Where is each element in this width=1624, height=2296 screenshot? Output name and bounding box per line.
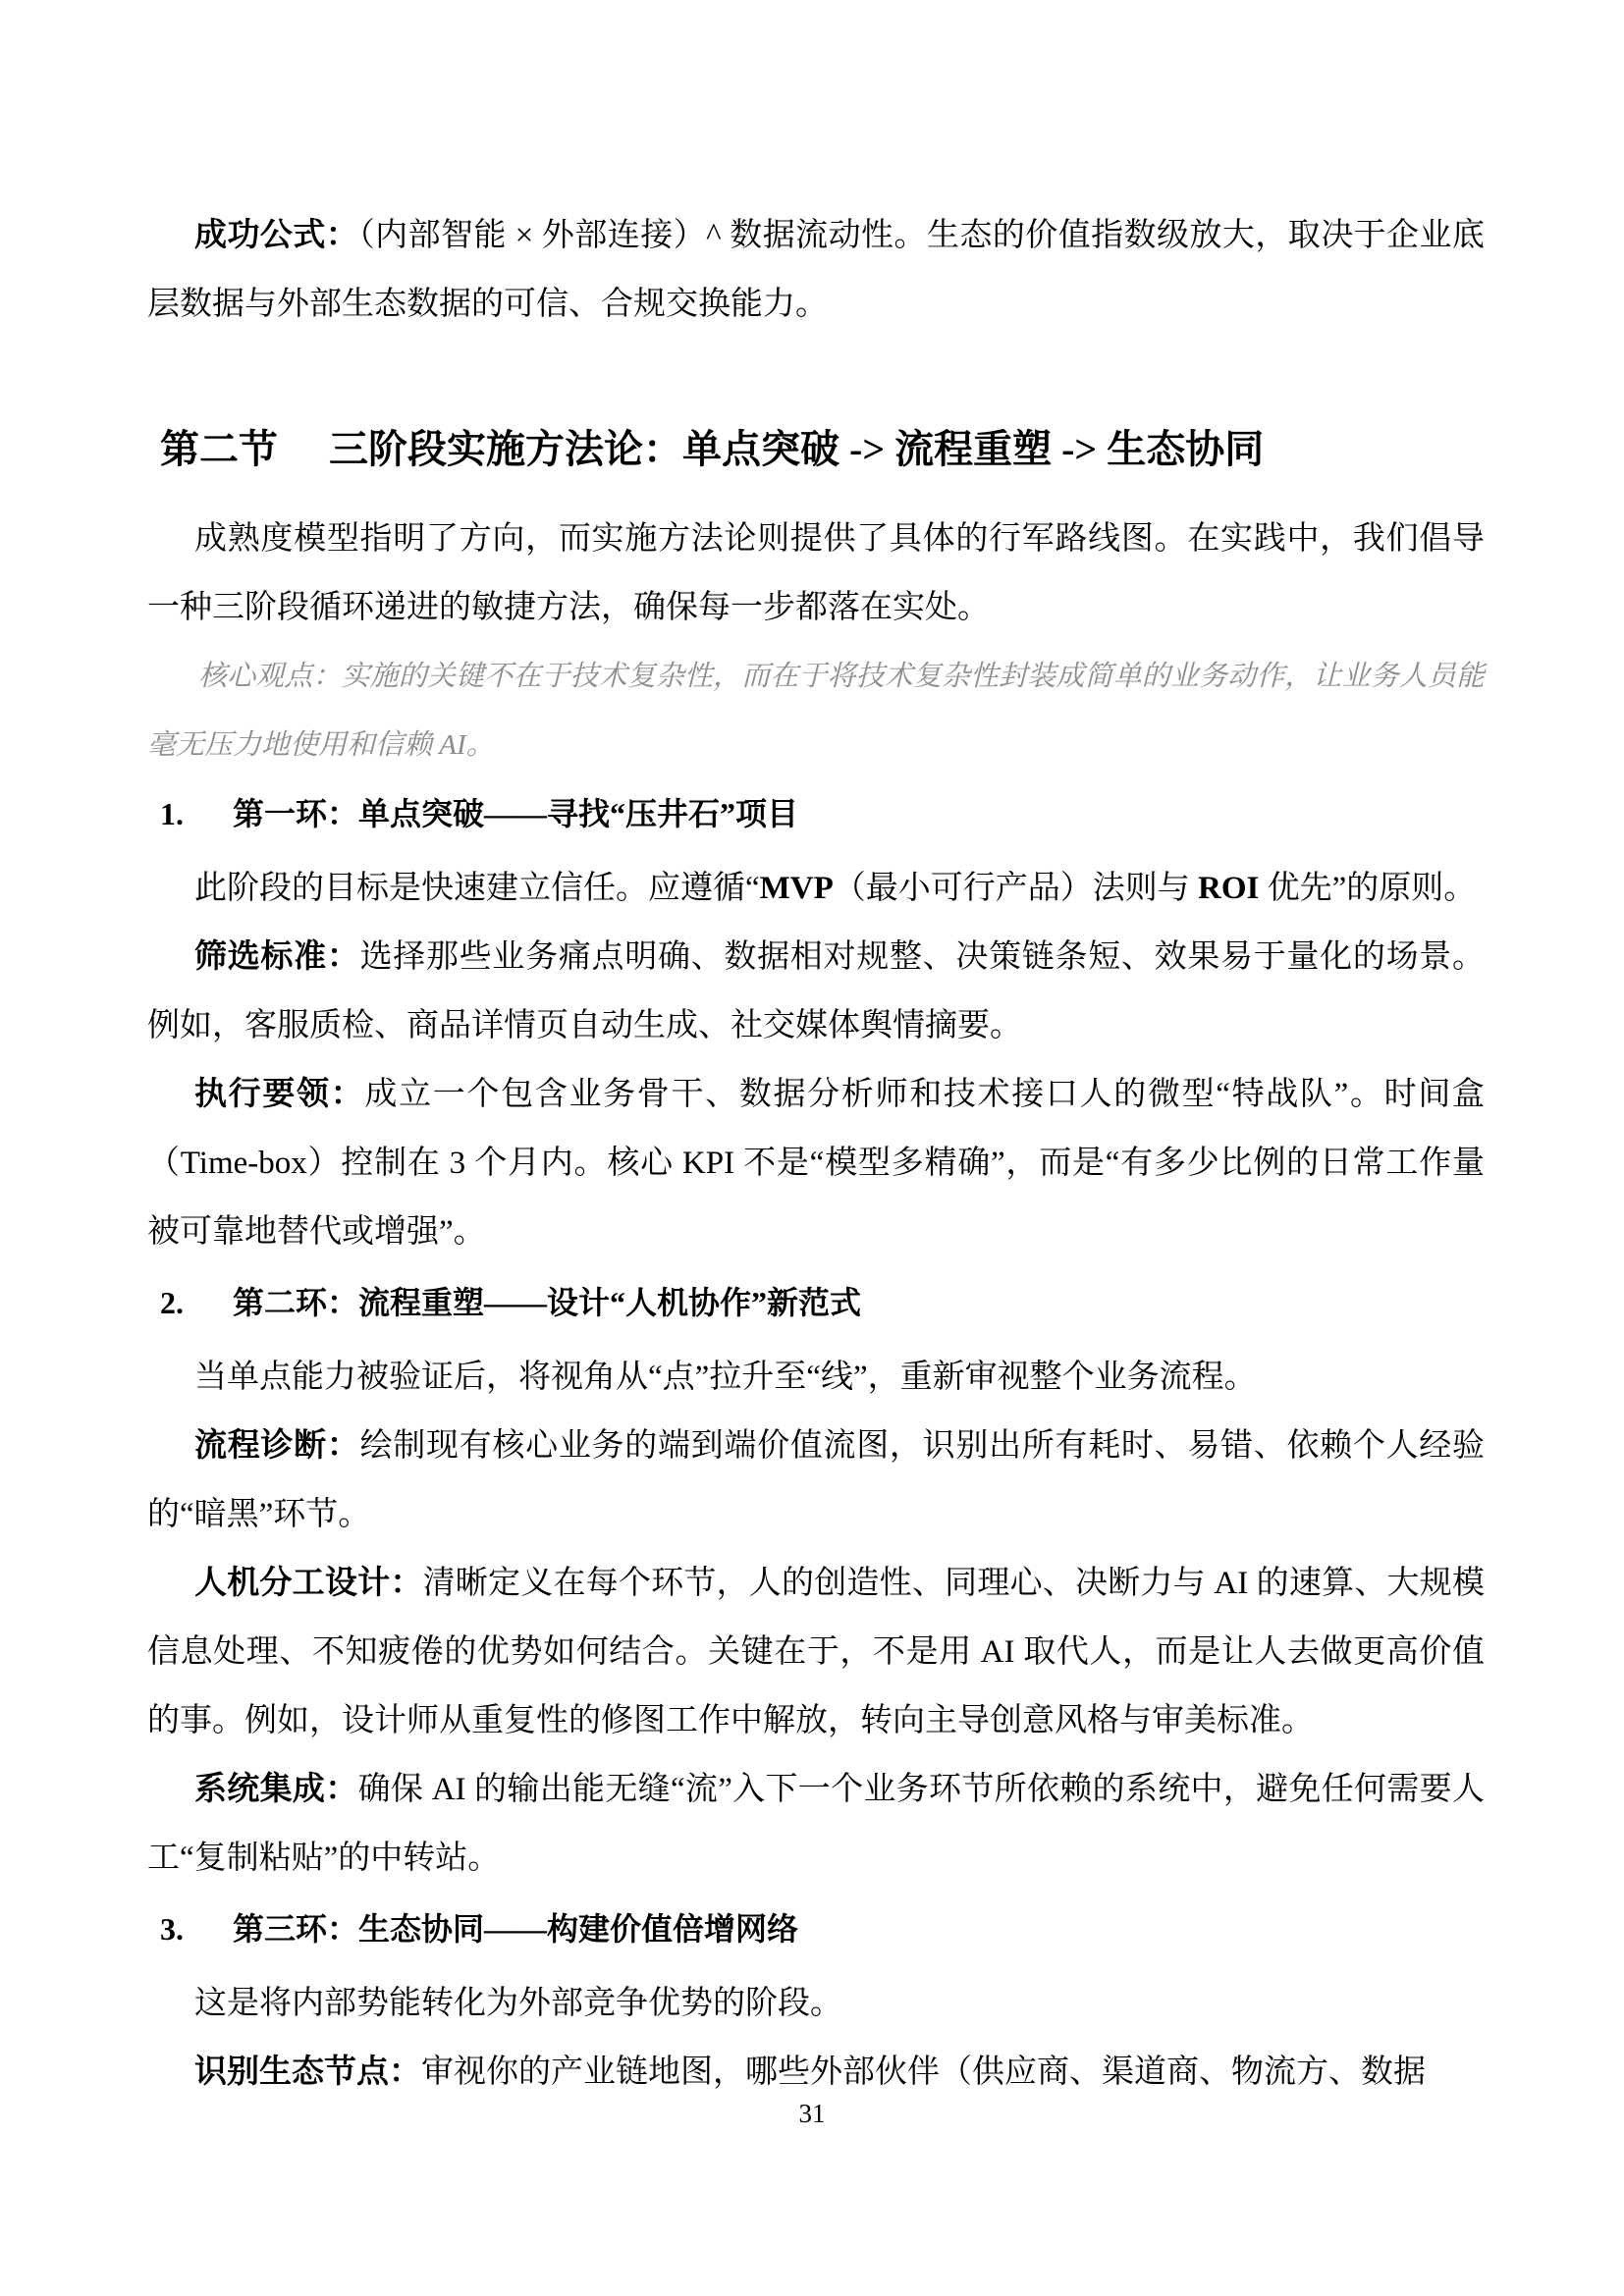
paragraph-text-ecosystem-nodes: 审视你的产业链地图，哪些外部伙伴（供应商、渠道商、物流方、数据: [421, 2055, 1426, 2090]
note-core-viewpoint: 核心观点：实施的关键不在于技术复杂性，而在于将技术复杂性封装成简单的业务动作，让…: [147, 642, 1485, 779]
subheading-3-number: 3.: [160, 1906, 233, 1951]
paragraph-lead-process-diagnosis: 流程诊断：: [194, 1428, 360, 1464]
paragraph-process-diagnosis: 流程诊断：绘制现有核心业务的端到端价值流图，识别出所有耗时、易错、依赖个人经验的…: [147, 1412, 1485, 1549]
paragraph-success-formula: 成功公式：（内部智能 × 外部连接）^ 数据流动性。生态的价值指数级放大，取决于…: [147, 201, 1485, 339]
paragraph-ecosystem-nodes: 识别生态节点：审视你的产业链地图，哪些外部伙伴（供应商、渠道商、物流方、数据: [147, 2038, 1485, 2107]
paragraph-system-integration: 系统集成：确保 AI 的输出能无缝“流”入下一个业务环节所依赖的系统中，避免任何…: [147, 1755, 1485, 1893]
paragraph-mvp-bold-roi: ROI: [1198, 871, 1259, 906]
paragraph-mvp-bold-mvp: MVP: [760, 871, 834, 906]
subheading-1-number: 1.: [160, 791, 233, 836]
paragraph-mvp-text-e: 优先”的原则。: [1259, 871, 1476, 906]
paragraph-lead-filter-criteria: 筛选标准：: [194, 939, 360, 975]
paragraph-stage-description: 这是将内部势能转化为外部竞争优势的阶段。: [147, 1969, 1485, 2038]
paragraph-lead-success-formula: 成功公式：: [194, 218, 358, 253]
paragraph-intro: 成熟度模型指明了方向，而实施方法论则提供了具体的行军路线图。在实践中，我们倡导一…: [147, 505, 1485, 642]
subheading-phase-1: 1.第一环：单点突破——寻找“压井石”项目: [147, 791, 1485, 836]
subheading-2-number: 2.: [160, 1280, 233, 1325]
document-page: 成功公式：（内部智能 × 外部连接）^ 数据流动性。生态的价值指数级放大，取决于…: [0, 0, 1624, 2296]
paragraph-mvp-text-c: （最小可行产品）法则与: [834, 871, 1198, 906]
subheading-2-title: 第二环：流程重塑——设计“人机协作”新范式: [233, 1285, 861, 1320]
paragraph-lead-execution-essentials: 执行要领：: [194, 1077, 364, 1112]
subheading-phase-3: 3.第三环：生态协同——构建价值倍增网络: [147, 1906, 1485, 1951]
paragraph-lead-ecosystem-nodes: 识别生态节点：: [194, 2055, 421, 2090]
paragraph-point-to-line: 当单点能力被验证后，将视角从“点”拉升至“线”，重新审视整个业务流程。: [147, 1343, 1485, 1412]
paragraph-lead-system-integration: 系统集成：: [194, 1772, 358, 1807]
subheading-phase-2: 2.第二环：流程重塑——设计“人机协作”新范式: [147, 1280, 1485, 1325]
subheading-1-title: 第一环：单点突破——寻找“压井石”项目: [233, 796, 798, 831]
page-number: 31: [0, 2099, 1624, 2129]
paragraph-filter-criteria: 筛选标准：选择那些业务痛点明确、数据相对规整、决策链条短、效果易于量化的场景。例…: [147, 923, 1485, 1060]
paragraph-mvp-text-a: 此阶段的目标是快速建立信任。应遵循“: [194, 871, 760, 906]
paragraph-execution-essentials: 执行要领：成立一个包含业务骨干、数据分析师和技术接口人的微型“特战队”。时间盒（…: [147, 1060, 1485, 1266]
paragraph-mvp: 此阶段的目标是快速建立信任。应遵循“MVP（最小可行产品）法则与 ROI 优先”…: [147, 854, 1485, 923]
paragraph-lead-human-machine-division: 人机分工设计：: [194, 1566, 423, 1601]
subheading-3-title: 第三环：生态协同——构建价值倍增网络: [233, 1911, 798, 1947]
section-heading-number: 第二节: [160, 427, 278, 471]
section-heading: 第二节三阶段实施方法论：单点突破 -> 流程重塑 -> 生态协同: [147, 422, 1485, 477]
section-heading-title: 三阶段实施方法论：单点突破 -> 流程重塑 -> 生态协同: [329, 427, 1264, 471]
paragraph-human-machine-division: 人机分工设计：清晰定义在每个环节，人的创造性、同理心、决断力与 AI 的速算、大…: [147, 1549, 1485, 1755]
